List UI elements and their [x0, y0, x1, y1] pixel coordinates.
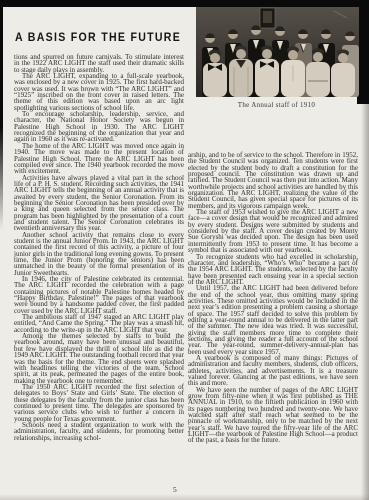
scan-edge-left: [0, 0, 3, 230]
body-paragraph: In 1946, the city of Palestine celebrate…: [14, 276, 184, 314]
body-paragraph: tions and spurred on future carnivals. T…: [14, 54, 184, 73]
plaque-graphic: [260, 8, 275, 28]
body-paragraph: arship, and to be of service to the scho…: [188, 152, 358, 209]
body-paragraph: Activities have always played a vital pa…: [14, 175, 184, 232]
page-edge-shadow-bottom: [0, 494, 369, 500]
body-paragraph: A yearbook is composed of many things: P…: [188, 355, 358, 387]
body-paragraph: To encourage scholarship, leadership, se…: [14, 111, 184, 143]
page-heading: A BASIS FOR THE FUTURE: [15, 32, 181, 44]
staff-photo: [196, 7, 359, 97]
page-edge-shadow-right: [361, 104, 369, 500]
body-paragraph: The staff of 1953 wished to give the ARC…: [188, 209, 358, 253]
body-paragraph: To recognize students who had excelled i…: [188, 254, 358, 286]
right-text-column: arship, and to be of service to the scho…: [188, 152, 358, 444]
body-paragraph: Schools need a student organization to w…: [14, 422, 184, 441]
body-paragraph: We have seen the number of pages of the …: [188, 387, 358, 444]
body-paragraph: Among the themes selected by staffs to b…: [14, 333, 184, 384]
body-paragraph: The ambitious staff of 1947 staged an AR…: [14, 314, 184, 333]
body-paragraph: The ARC LIGHT, expanding to a full-scale…: [14, 73, 184, 111]
left-text-column: tions and spurred on future carnivals. T…: [14, 54, 184, 441]
body-paragraph: The home of the ARC LIGHT was moved once…: [14, 143, 184, 175]
body-paragraph: The 1950 ARC LIGHT recorded the first se…: [14, 384, 184, 422]
scan-edge-top: [0, 0, 369, 7]
page-number: 5: [173, 485, 177, 494]
body-paragraph: Another school activity that remains clo…: [14, 232, 184, 276]
body-paragraph: Until 1957, the ARC LIGHT had been deliv…: [188, 285, 358, 355]
group-photo-graphic: [196, 7, 359, 97]
photo-caption: The Annual staff of 1910: [196, 101, 357, 109]
